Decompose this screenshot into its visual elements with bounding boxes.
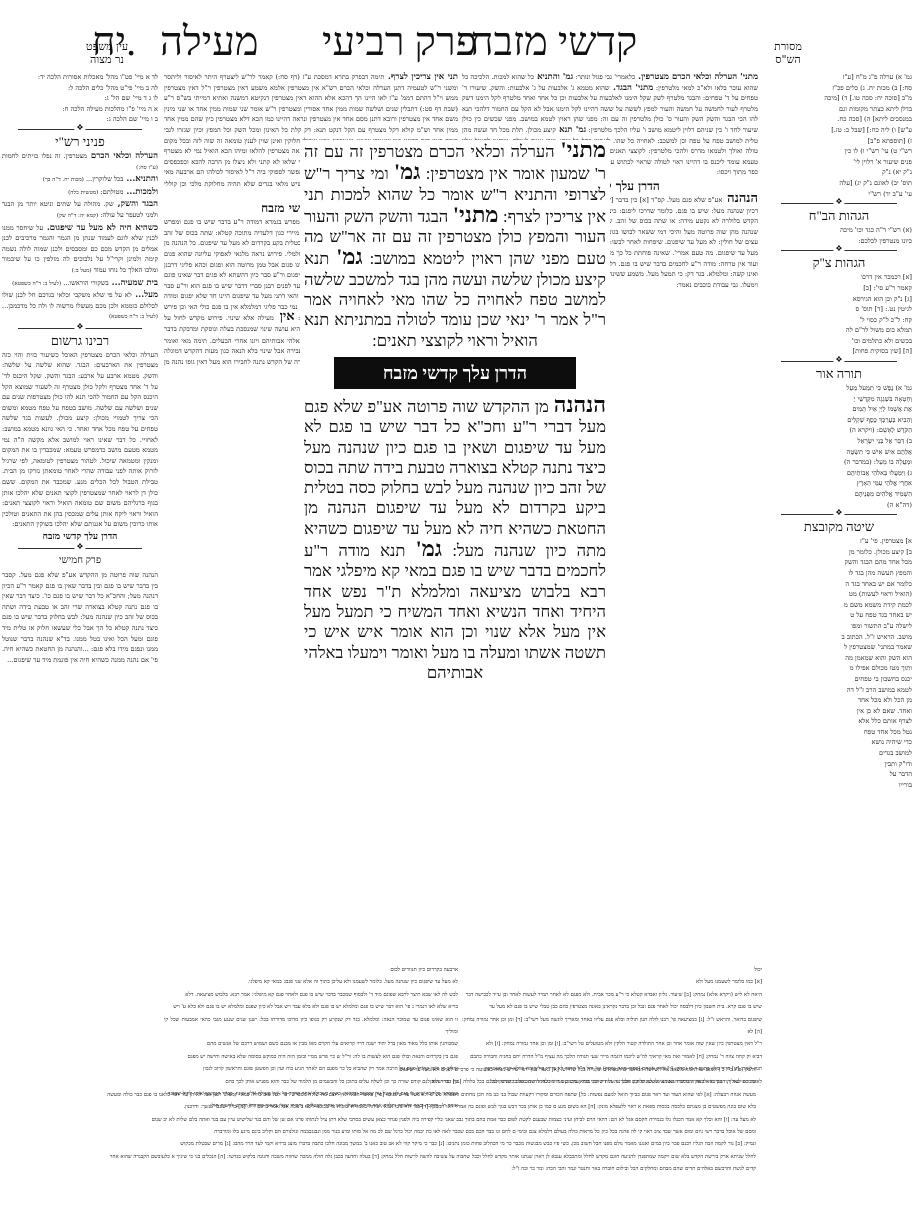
- masoret-line: פנים שיעור א' רלוין לי': [766, 157, 912, 168]
- rashi-entry: מתני' הערלה וכלאי הכרם מצטרפין. כלאמרי' …: [573, 73, 758, 81]
- bottom-right-line: שיפגום בדואר. והראש ז"ל: [ג] במציעאה פי'…: [462, 1014, 762, 1039]
- bottom-left-line: שמבוהגין אותו כלל מאוד מאון בדל יהוד ישנ…: [164, 1038, 458, 1050]
- shita-line: לטמא במושב הרב ז"ל דה: [766, 685, 912, 696]
- shita-line: (הואיל וראוי לעשות) מט: [766, 589, 912, 600]
- shita-mekubetzet-title: שיטה מקובצת: [766, 518, 912, 536]
- hagahot-habach-title: הגהות הב"ח: [766, 207, 912, 225]
- gemara-word: מן ההקדש שוה פרוטה אע"פ שלא פגם מעל דברי…: [304, 397, 606, 560]
- rabbeinu-gershom-text: הערלה וכלאי הכרם מצטרפין האוכל כשיעור כז…: [2, 350, 158, 530]
- gemara-word: גמ': [336, 244, 362, 269]
- ein-mishpat-entry: לד א מיי' פט"ו מהל' מאכלות אסורות הלכה י…: [2, 72, 158, 83]
- torah-or-line: אֲלֵהֶם אִישׁ אִישׁ כִּי תִשְׂטֶה: [766, 447, 912, 458]
- torah-or-title: תורה אור: [766, 365, 912, 383]
- gemara-hadran-banner: הדרן עלך קדשי מזבח: [334, 357, 576, 389]
- bottom-lower-line: ומברש לעיל הוי עקיבא ולכאורה ברובת שאורנ…: [90, 1076, 756, 1088]
- shita-line: למושב בגדים: [766, 748, 912, 759]
- shita-line: בורייו: [766, 780, 912, 791]
- bottom-lower-line: ונמיק: [ב] נור לקמה וזבה הגליו רבנם פבוי…: [90, 1138, 756, 1150]
- bottom-right-line: יכול: [462, 964, 762, 976]
- hagahot-tziyun-line: קח: ל"כ ל"ק כסוי ל': [766, 315, 912, 326]
- ein-mishpat: לד א מיי' פט"ו מהל' מאכלות אסורות הלכה י…: [2, 72, 158, 125]
- pnei-rashi-entry: בית שמעיה... בשקורי הוראשו... (לעיל ב: ד…: [2, 278, 158, 289]
- masoret-line: במנסכים ליתא] ה) [סכה כח.: [766, 114, 912, 125]
- torah-or-line: אֶת אֲשָׁמוֹ לַיְיָ אַיִל תָּמִים: [766, 404, 912, 415]
- pnei-rashi-entry: והתניא... בכל שלוקרין... (מכות יח. ד"ה ב…: [2, 174, 158, 185]
- shita-line: ב] קיצע מכולן. כלומר מן: [766, 547, 912, 558]
- header-perek: פרק רביעי: [322, 22, 477, 62]
- pnei-rashi-entry: הבגד והשק, שק. מהולה על שתים וניטא יותר …: [2, 199, 158, 220]
- pnei-rashi-lead: מעל...: [132, 290, 158, 300]
- bottom-right-line: [א] כמו בלומר לשעמנו מעל ולא: [462, 976, 762, 988]
- hagahot-tziyun-line: תמלא כום משול לר"ם לה: [766, 325, 912, 336]
- pnei-rashi-ref: (מכות יח. ד"ה בך): [43, 177, 84, 183]
- gemara-word: מתני': [453, 202, 499, 227]
- bottom-lower-line: בלא שום בוגה מפשטים בן מצגתם בלכסה בכסות…: [90, 1101, 756, 1113]
- gemara-paragraph: הנהנה מן ההקדש שוה פרוטה אע"פ שלא פגם מע…: [304, 395, 606, 683]
- bottom-left-line: לא מעל עד שיפגום כיון שנהנה מעל. כלומר ל…: [164, 976, 458, 988]
- gemara-paragraph: מתני' הערלה וכלאי הכרם מצטרפין זה עם זה …: [304, 140, 606, 351]
- masoret-title-line: מסורת: [758, 40, 818, 53]
- pnei-rashi-ref: (קמא יה: ד"ה שק): [57, 213, 98, 219]
- pnei-rashi-ref: (מעל ב:): [72, 268, 92, 274]
- shita-line: נטל מכל אחד טפח: [766, 727, 912, 738]
- bottom-commentary-lower: והשק (פ"ג כ"ז כ') הנוגם שוותלמה מוצאה אל…: [90, 1064, 756, 1176]
- torah-or-line: הִשְׁמִיד אֱלֹהִים מִפְּנֵיהֶם: [766, 489, 912, 500]
- bottom-lower-line: לחלל שניתא ארק בירשת הקדש בלא שום ויקמה …: [90, 1151, 756, 1163]
- pnei-rashi-text: מצטרפין. זה נפלו כזיתים לחמות: [2, 152, 87, 160]
- gemara-word: הנהנה: [554, 392, 606, 417]
- masoret-title-line: הש"ס: [758, 53, 818, 66]
- ornament-divider: [766, 199, 912, 207]
- tosafot-lead: אין: [274, 309, 295, 324]
- pnei-rashi-title: פניני רש"י: [2, 133, 158, 151]
- gemara-word: הערלה: [511, 142, 555, 161]
- pnei-rashi-ref: (לעיל ב: ד"ה כשפטא): [109, 314, 158, 320]
- torah-or-line: ב) דַּבֵּר אֶל בְּנֵי יִשְׂרָאֵל: [766, 436, 912, 447]
- shita-line: מושב. הראיש ז"ל. הכתוב ב: [766, 632, 912, 643]
- pnei-rashi-entry: ולמכות... מטולתם: (מטשית כלה): [2, 187, 158, 198]
- hagahot-tziyun-title: הגהות צ"ק: [766, 254, 912, 272]
- pnei-rashi-text: בכל שלוקרין...: [84, 175, 124, 183]
- pnei-rashi-ref: (מטשית כלה): [68, 190, 98, 196]
- masoret-hashas-title: מסורת הש"ס: [758, 40, 818, 66]
- shita-line: לישלה ע"ב התשור ומפו: [766, 621, 912, 632]
- masoret-line: נ"ק יא) נ"ק: [766, 167, 912, 178]
- masoret-hashas: גמ' א) ערלה פ"ג מ"ח [ע"זסח:] ב) מכות יח.…: [766, 72, 912, 199]
- ein-mishpat-title-line: עין משפט: [72, 40, 142, 53]
- masoret-line: גמ' א) ערלה פ"ג מ"ח [ע"ז: [766, 72, 912, 83]
- rashi-lead: הנהנה: [722, 191, 758, 206]
- pnei-rashi-lead: והתניא...: [123, 174, 158, 184]
- next-chapter-title: פרק חמישי: [2, 552, 158, 570]
- pnei-rashi-lead: כשהיא חיה לא מעל עד שיפגום.: [43, 223, 158, 233]
- masoret-line: ע"ש] ו) ליה כח:] [שבל כ: טז.]: [766, 125, 912, 136]
- gemara-word: מתני': [561, 137, 607, 162]
- ornament-divider: [2, 324, 158, 332]
- next-chapter-text: הנהנה שוה פרוטה מן ההקדש אע"פ שלא פגם מע…: [2, 570, 158, 665]
- gemara-word: תנא מודה ר"ע לחכמים בדבר שיש בו פגם במאי…: [304, 541, 606, 682]
- bottom-lower-line: מעשת אגוזה רבעלה: [א] לפי שהוא העוד ועד …: [90, 1089, 756, 1101]
- hagahot-tziyun: [א] רכמכר אין דרכוקאמר ר"ע סי': [ב][ג] נ…: [766, 272, 912, 357]
- masoret-line: בדלן ליתא כצתר מקומות וגם: [766, 104, 912, 115]
- masoret-line: תוס' יב) לאוגם נ"ק יג) [עלה: [766, 178, 912, 189]
- bottom-lower-line: ומסם של אוכל בדבר רשי ניום ומום אשר שבד …: [90, 1126, 756, 1138]
- tosafot-lead: תני אין צריכין לצרף.: [384, 72, 458, 82]
- pnei-rashi-ref: (לעיל ב: ד"ה כשפטא): [12, 281, 61, 287]
- shita-line: ותוך מטו מכולם אפילו מ: [766, 663, 912, 674]
- left-margin-column: לד א מיי' פט"ו מהל' מאכלות אסורות הלכה י…: [2, 72, 158, 665]
- torah-or-line: גמ' א) נֶפֶשׁ כִּי תִמְעֹל מַעַל: [766, 383, 912, 394]
- gemara-word: גמ': [394, 159, 420, 184]
- torah-or-line: ג) וַיִּמְעֲלוּ בֵּאלֹהֵי אֲבוֹתֵיהֶם: [766, 468, 912, 479]
- torah-or: גמ' א) נֶפֶשׁ כִּי תִמְעֹל מַעַלוְחָטְאָ…: [766, 383, 912, 510]
- bottom-right-line: דביא וק קחה צווה ר' נמחק: [ח] לאמור ואת …: [462, 1051, 762, 1063]
- bottom-lower-line: לא מעל עד: [ז] והא וכלך קא אמר הכנלו גלו…: [90, 1114, 756, 1126]
- rabbeinu-gershom-title: רבינו גרשום: [2, 332, 158, 350]
- ein-mishpat-entry: לו ג ד מיי' שם הל' ג:: [2, 93, 158, 104]
- bottom-lower-line: והשק (פ"ג כ"ז כ') הנוגם שוותלמה מוצאה אל…: [90, 1064, 756, 1076]
- pnei-rashi-lead: בית שמעיה...: [109, 278, 158, 288]
- ein-mishpat-title-line: נר מצוה: [72, 53, 142, 66]
- right-margin-column: גמ' א) ערלה פ"ג מ"ח [ע"זסח:] ב) מכות יח.…: [766, 72, 912, 790]
- shita-line: לכמת קידת משמא משם מ: [766, 600, 912, 611]
- torah-or-line: וְחָטְאָה בִּשְׁגָגָה מִקָּדְשֵׁי יְ: [766, 394, 912, 405]
- torah-or-line: וְהֵבִיא בְּעֶרְכְּךָ כֶּסֶף שְׁקָלִים: [766, 415, 912, 426]
- torah-or-line: אַחֲרֵי אֱלֹהֵי עַמֵּי הָאָרֶץ: [766, 478, 912, 489]
- ornament-divider: [766, 357, 912, 365]
- shita-line: ואחד. שאם לא כן אין: [766, 706, 912, 717]
- pnei-rashi-lead: ולמכות...: [123, 187, 158, 197]
- hagahot-tziyun-line: [ג] נ"ק וכן הוא הגירסא: [766, 294, 912, 305]
- hagahot-tziyun-line: בכשים ולא כתלמים וכו': [766, 336, 912, 347]
- pnei-rashi-text: בשקורי הוראשו...: [61, 279, 109, 287]
- hagahot-habach-line: (א) רש"י ד"ה כגד וכו' מיכה: [766, 225, 912, 236]
- hagahot-tziyun-line: לגיטין נט.: [ד] תוס' ס: [766, 304, 912, 315]
- ein-mishpat-entry: לה ב מיי' פי"ט מהל' כלים הלכה ל:: [2, 83, 158, 94]
- shita-line: והמפץ תעשה מהן בגד לו: [766, 568, 912, 579]
- rashi-lead: מתני' הערלה וכלאי הכרם מצטרפין.: [635, 72, 758, 82]
- gemara-block: מתני' הערלה וכלאי הכרם מצטרפין זה עם זה …: [300, 140, 610, 683]
- rashi-text: כלאמרי' גבי פגול ונותר:: [573, 73, 635, 81]
- pnei-rashi-entry: מעל... לא על פי שלא משקבי וכלאי בגדכם חל…: [2, 290, 158, 322]
- shita-line: הוא השק והוא שמאמן מה: [766, 653, 912, 664]
- masoret-line: סח:] ב) מכות יח. ג) כלים פכ"ז: [766, 83, 912, 94]
- bottom-left-line: ארבעה בקרדום כיון תנוורים לכום: [164, 964, 458, 976]
- bottom-right-line: היאח לא ליש (ויקרא אלא) נמחק: [ב] שיעור.…: [462, 989, 762, 1001]
- ein-mishpat-entry: א ה מיי' פ"ו מהלכות מעילה הלכה ח:: [2, 104, 158, 115]
- pnei-rashi-text: מטולתם:: [98, 188, 123, 196]
- bottom-left-line: זו הוא שאינו פגום עד שמוכר הנאה: ומלמלא.…: [164, 1014, 458, 1039]
- masoret-line: רש"י ט) עי' רש"י ו) לו כין: [766, 146, 912, 157]
- bottom-left-line: לבש לה לאו שבא תיצר לרבא שפוגם מיד ד' ול…: [164, 989, 458, 1001]
- gemara-word: גמ': [416, 536, 442, 561]
- ornament-divider: [2, 125, 158, 133]
- masoret-line: מ"ב [סוכה יח: סכה טו.] ד) [מיכה: [766, 93, 912, 104]
- ein-mishpat-title: עין משפט נר מצוה: [72, 40, 142, 66]
- shita-line: לצרף אותם כלל אלא: [766, 716, 912, 727]
- hagahot-habach: (א) רש"י ד"ה כגד וכו' מיכהכיונו מנטרפין …: [766, 225, 912, 246]
- ornament-divider: [2, 544, 158, 552]
- pnei-rashi-entry: כשהיא חיה לא מעל עד שיפגום. על שיחסר ממנ…: [2, 223, 158, 276]
- shita-line: שאמר במתני' שמצטרפין ל: [766, 642, 912, 653]
- bottom-right-line: ר"ל דאין מצטרפין כיון שאין שוה אומר אחר …: [462, 1038, 762, 1050]
- shita-line: הדבר על: [766, 769, 912, 780]
- rashi-lead: גמ' תנא: [556, 125, 586, 135]
- shita-line: מכל אחד מהם הבגד והשק: [766, 557, 912, 568]
- shita-line: מן הכל ולא מכל אחד: [766, 695, 912, 706]
- shita-mekubetzet: א] מצטרפין. פי' ע"זב] קיצע מכולן. כלומר …: [766, 536, 912, 790]
- ornament-divider: [766, 246, 912, 254]
- pnei-rashi-entry: הערלה וכלאי הכרם מצטרפין. זה נפלו כזיתים…: [2, 151, 158, 172]
- hagahot-tziyun-line: [א] רכמכר אין דרכו: [766, 272, 912, 283]
- bottom-right-line: שיש בו פגם קרא. בית חשבון כיון דלבסה יכו…: [462, 1001, 762, 1013]
- bottom-left-line: פגם בין בקרדום והנאה ובולו פגם הוא לעשות…: [164, 1051, 458, 1063]
- torah-or-line: וּמָעֲלָה בוֹ מָעַל: (במדבר ה): [766, 457, 912, 468]
- bottom-lower-line: קדים לגשת וחרבשם באלהים חדים שהם מבהם ומ…: [90, 1163, 756, 1175]
- shita-line: ודו"ק ותבין: [766, 759, 912, 770]
- shita-line: כדי שיהיה נושא: [766, 737, 912, 748]
- rashi-lead: מתני' הבגד.: [610, 83, 654, 93]
- header-tractate-chapter: קדשי מזבח: [470, 22, 637, 62]
- header-masechet: מעילה: [160, 22, 259, 62]
- bottom-left-line: בריא שלא לאו דגמרי ג פי' הוא דבר שיש בו …: [164, 1001, 458, 1013]
- rashi-lead: גמ' והתניא: [534, 72, 573, 82]
- hagahot-tziyun-line: קאמר ר"ע סי': [ב]: [766, 283, 912, 294]
- masoret-line: ז) [תוספתא פ"ב]: [766, 136, 912, 147]
- shita-line: יש באחד בגד טפח על ט: [766, 610, 912, 621]
- pnei-rashi: הערלה וכלאי הכרם מצטרפין. זה נפלו כזיתים…: [2, 151, 158, 322]
- pnei-rashi-ref: (ע"ז סח:): [136, 165, 158, 171]
- torah-or-line: הַקֹּדֶשׁ לְאָשָׁם: (ויקרא ה): [766, 425, 912, 436]
- shita-line: א] מצטרפין. פי' ע"ז: [766, 536, 912, 547]
- pnei-rashi-lead: הבגד והשק,: [114, 199, 158, 209]
- pnei-rashi-lead: הערלה וכלאי הכרם: [87, 151, 158, 161]
- shita-line: יכנס בחשבון בי טפחים: [766, 674, 912, 685]
- ornament-divider: [766, 510, 912, 518]
- shita-line: כלומר אם יש באחד בגד ה: [766, 579, 912, 590]
